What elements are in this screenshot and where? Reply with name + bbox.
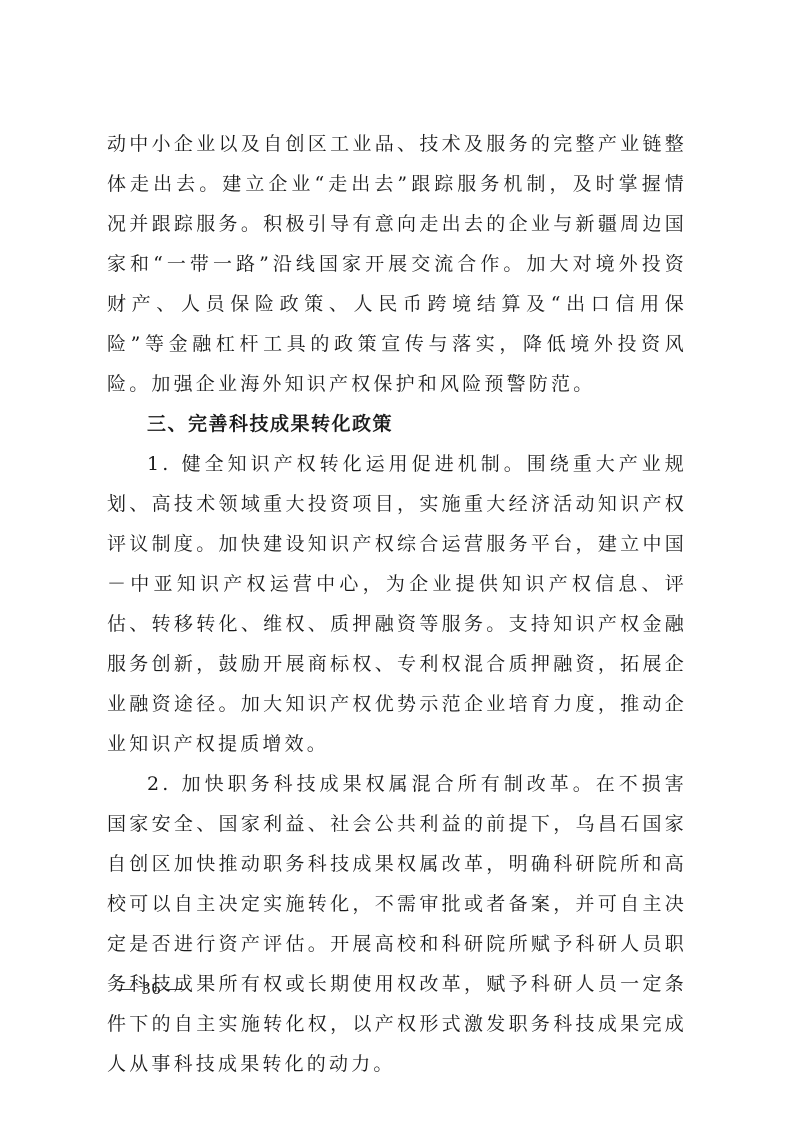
paragraph-going-global: 动中小企业以及自创区工业品、技术及服务的完整产业链整体走出去。建立企业“走出去”… (107, 124, 687, 404)
section-heading-tech-transfer: 三、完善科技成果转化政策 (107, 404, 687, 444)
paragraph-ip-mechanism: 1. 健全知识产权转化运用促进机制。围绕重大产业规划、高技术领域重大投资项目，实… (107, 444, 687, 764)
document-page: 动中小企业以及自创区工业品、技术及服务的完整产业链整体走出去。建立企业“走出去”… (107, 124, 687, 1084)
page-number: — 36 — (117, 978, 186, 999)
paragraph-ownership-reform: 2. 加快职务科技成果权属混合所有制改革。在不损害国家安全、国家利益、社会公共利… (107, 764, 687, 1084)
